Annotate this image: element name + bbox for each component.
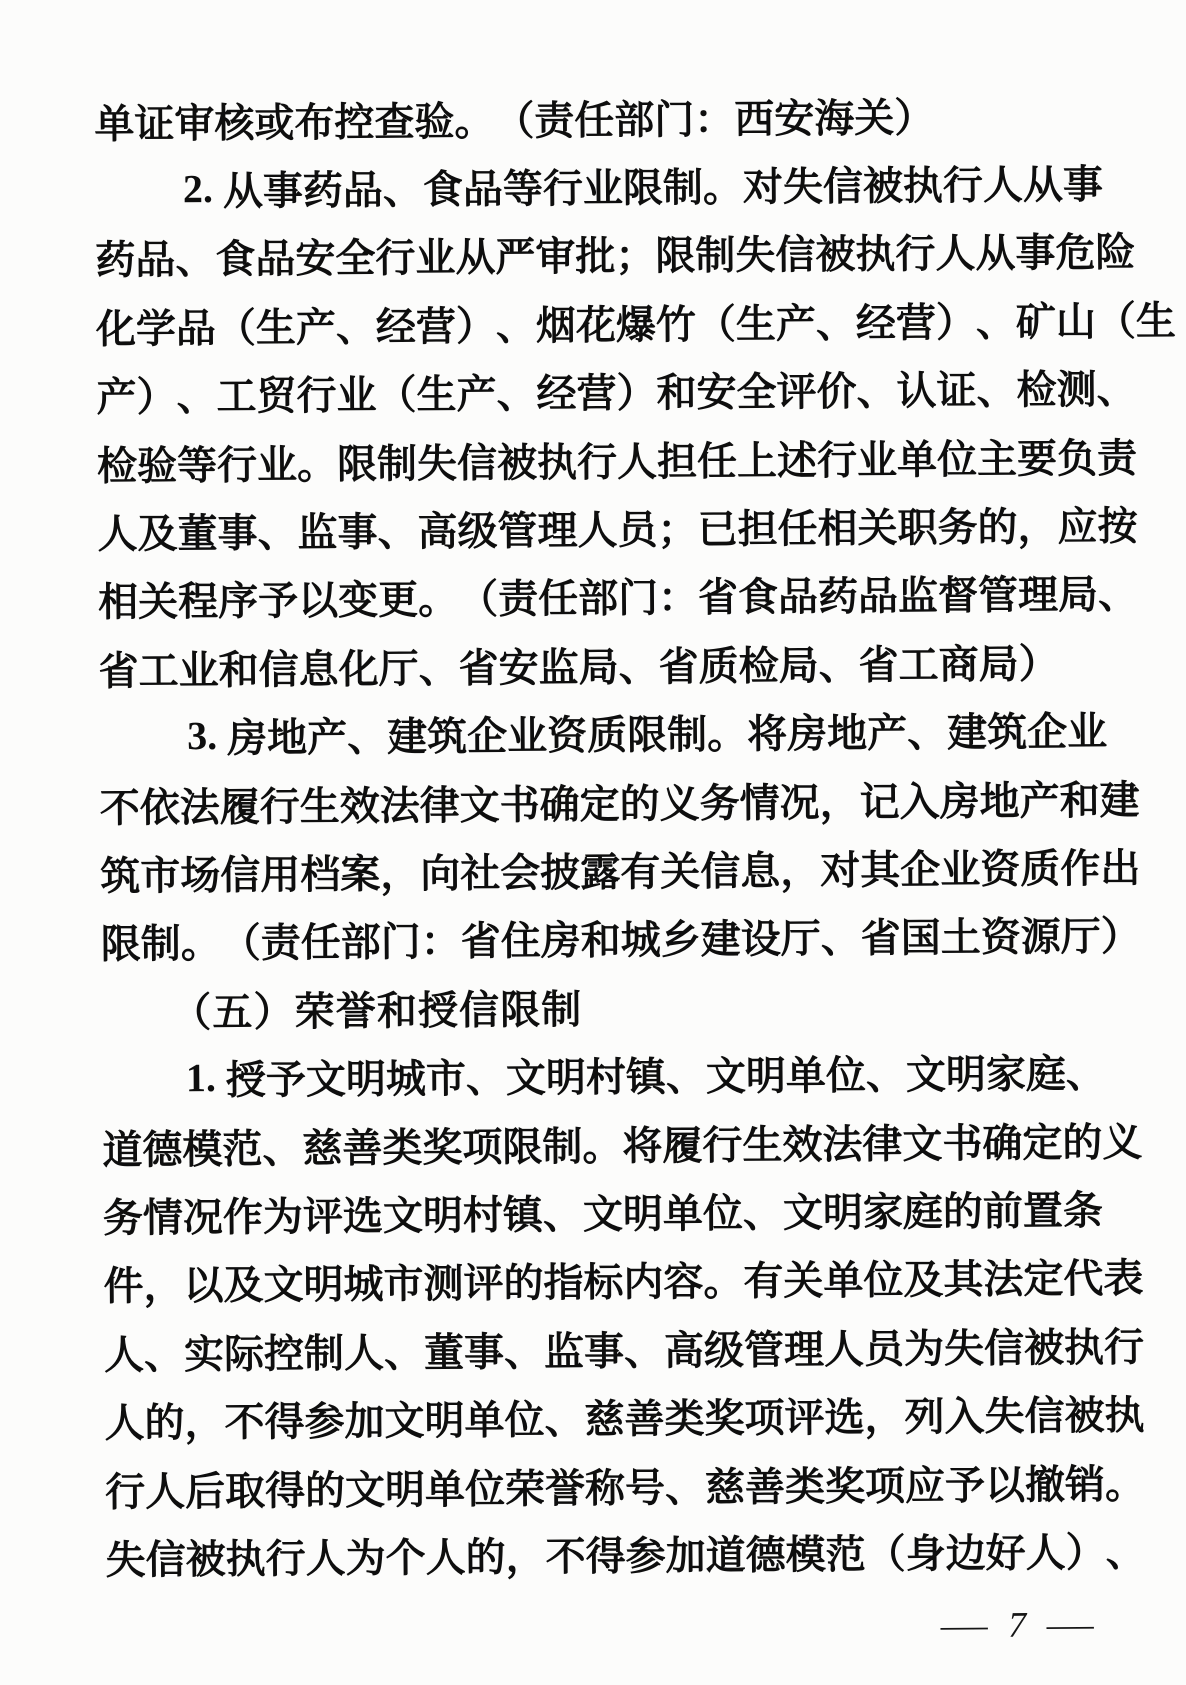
text-line-paragraph-start: 1. 授予文明城市、文明村镇、文明单位、文明家庭、 (102, 1037, 1088, 1113)
text-line: 单证审核或布控查验。（责任部门：西安海关） (94, 81, 895, 156)
text-line: 务情况作为评选文明村镇、文明单位、文明家庭的前置条 (103, 1173, 1089, 1249)
text-line: 检验等行业。限制失信被执行人担任上述行业单位主要负责 (97, 421, 1083, 497)
text-line: 人、实际控制人、董事、监事、高级管理人员为失信被执行 (104, 1310, 1090, 1386)
text-line: 产）、工贸行业（生产、经营）和安全评价、认证、检测、 (96, 353, 1082, 429)
text-line: 件，以及文明城市测评的指标内容。有关单位及其法定代表 (103, 1242, 1089, 1318)
text-line: 人及董事、监事、高级管理人员；已担任相关职务的，应按 (97, 489, 1083, 565)
text-line: 限制。（责任部门：省住房和城乡建设厅、省国土资源厅） (100, 900, 1041, 976)
text-line-paragraph-start: 2. 从事药品、食品等行业限制。对失信被执行人从事 (95, 148, 1081, 224)
text-line: 省工业和信息化厅、省安监局、省质检局、省工商局） (98, 627, 1019, 703)
text-line: 药品、食品安全行业从严审批；限制失信被执行人从事危险 (95, 216, 1081, 292)
text-line: 化学品（生产、经营）、烟花爆竹（生产、经营）、矿山（生 (96, 284, 1082, 360)
text-line: 不依法履行生效法律文书确定的义务情况，记入房地产和建 (99, 763, 1085, 839)
page-number: 7 (1008, 1604, 1026, 1646)
text-line: 筑市场信用档案，向社会披露有关信息，对其企业资质作出 (100, 831, 1086, 907)
text-line: 失信被执行人为个人的，不得参加道德模范（身边好人）、 (105, 1515, 1091, 1591)
document-body-text: 单证审核或布控查验。（责任部门：西安海关） 2. 从事药品、食品等行业限制。对失… (0, 78, 1186, 1592)
text-line: 人的，不得参加文明单位、慈善类奖项评选，列入失信被执 (104, 1379, 1090, 1455)
scanned-document-page: 单证审核或布控查验。（责任部门：西安海关） 2. 从事药品、食品等行业限制。对失… (0, 0, 1186, 1685)
page-number-footer: — 7 — (946, 1603, 1088, 1646)
footer-dash-left: — (941, 1604, 988, 1646)
text-line: 道德模范、慈善类奖项限制。将履行生效法律文书确定的义 (102, 1105, 1088, 1181)
footer-dash-right: — (1047, 1603, 1094, 1645)
section-heading: （五）荣誉和授信限制 (101, 972, 582, 1044)
text-line-paragraph-start: 3. 房地产、建筑企业资质限制。将房地产、建筑企业 (99, 695, 1085, 771)
text-line: 行人后取得的文明单位荣誉称号、慈善类奖项应予以撤销。 (105, 1447, 1091, 1523)
text-line: 相关程序予以变更。（责任部门：省食品药品监督管理局、 (98, 558, 1084, 634)
